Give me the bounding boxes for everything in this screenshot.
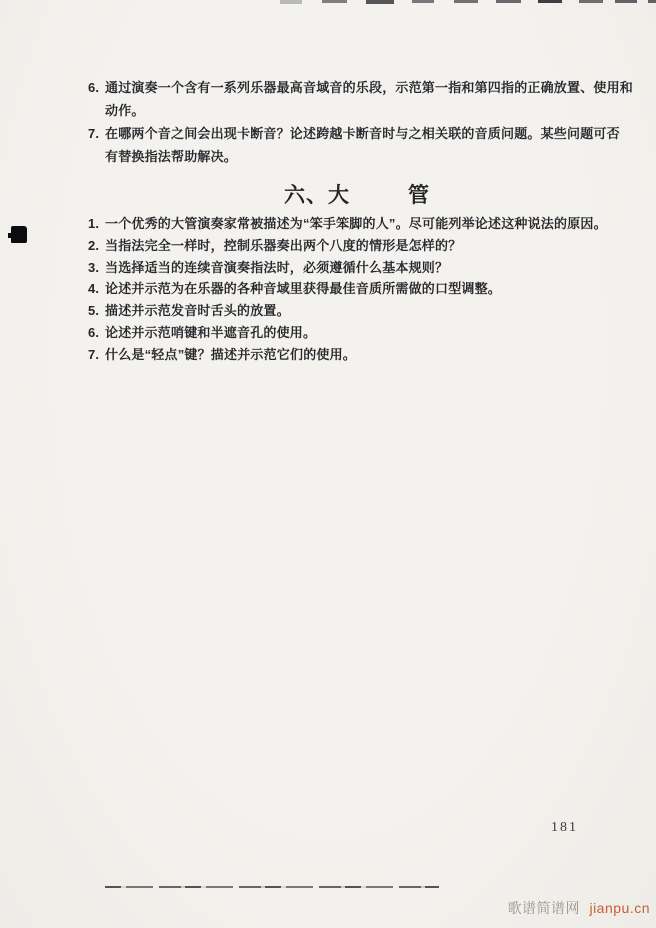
- item-number: 4.: [88, 278, 105, 300]
- list-item: 3.当选择适当的连续音演奏指法时，必须遵循什么基本规则？: [88, 257, 648, 279]
- question-number: 7.: [88, 122, 105, 145]
- item-text: 什么是“轻点”键？描述并示范它们的使用。: [105, 347, 356, 362]
- item-number: 1.: [88, 213, 105, 235]
- list-item: 7.什么是“轻点”键？描述并示范它们的使用。: [88, 344, 648, 366]
- watermark-url: jianpu.cn: [589, 900, 650, 916]
- list-item: 6.论述并示范哨键和半遮音孔的使用。: [88, 322, 648, 344]
- list-item: 5.描述并示范发音时舌头的放置。: [88, 300, 648, 322]
- scan-dash: [280, 0, 302, 4]
- scan-dash: [454, 0, 478, 3]
- question-list: 1.一个优秀的大管演奏家常被描述为“笨手笨脚的人”。尽可能列举论述这种说法的原因…: [88, 213, 648, 366]
- scan-dash: [412, 0, 434, 3]
- section-title-right: 管: [408, 179, 430, 209]
- scan-dash: [366, 0, 394, 4]
- item-text: 当选择适当的连续音演奏指法时，必须遵循什么基本规则？: [105, 260, 448, 275]
- scan-bottom-line: [105, 886, 439, 888]
- scan-dash: [496, 0, 521, 3]
- scan-dash: [615, 0, 637, 3]
- list-item: 2.当指法完全一样时，控制乐器奏出两个八度的情形是怎样的？: [88, 235, 648, 257]
- question-text: 在哪两个音之间会出现卡断音？论述跨越卡断音时与之相关联的音质问题。某些问题可否: [105, 126, 620, 141]
- watermark: 歌谱简谱网 jianpu.cn: [508, 898, 650, 918]
- ink-blot-mark: [11, 226, 27, 243]
- scan-dash: [579, 0, 603, 3]
- question-line-continuation: 有替换指法帮助解决。: [88, 145, 648, 168]
- list-item: 1.一个优秀的大管演奏家常被描述为“笨手笨脚的人”。尽可能列举论述这种说法的原因…: [88, 213, 648, 235]
- scan-dash: [538, 0, 562, 3]
- question-number: 6.: [88, 76, 105, 99]
- item-text: 论述并示范为在乐器的各种音域里获得最佳音质所需做的口型调整。: [105, 281, 501, 296]
- question-line-continuation: 动作。: [88, 99, 648, 122]
- item-text: 论述并示范哨键和半遮音孔的使用。: [105, 325, 316, 340]
- previous-section-questions: 6.通过演奏一个含有一系列乐器最高音域音的乐段，示范第一指和第四指的正确放置、使…: [88, 76, 648, 168]
- question-text: 通过演奏一个含有一系列乐器最高音域音的乐段，示范第一指和第四指的正确放置、使用和: [105, 80, 633, 95]
- list-item: 4.论述并示范为在乐器的各种音域里获得最佳音质所需做的口型调整。: [88, 278, 648, 300]
- item-number: 5.: [88, 300, 105, 322]
- scan-dash: [322, 0, 347, 3]
- watermark-site-name: 歌谱简谱网: [508, 900, 581, 916]
- section-title: 六、大 管: [284, 179, 430, 209]
- scan-dash: [648, 0, 656, 3]
- question-line: 7.在哪两个音之间会出现卡断音？论述跨越卡断音时与之相关联的音质问题。某些问题可…: [88, 122, 648, 145]
- page-number: 181: [551, 820, 578, 836]
- item-number: 6.: [88, 322, 105, 344]
- item-text: 当指法完全一样时，控制乐器奏出两个八度的情形是怎样的？: [105, 238, 461, 253]
- item-number: 3.: [88, 257, 105, 279]
- question-line: 6.通过演奏一个含有一系列乐器最高音域音的乐段，示范第一指和第四指的正确放置、使…: [88, 76, 648, 99]
- item-number: 2.: [88, 235, 105, 257]
- item-text: 一个优秀的大管演奏家常被描述为“笨手笨脚的人”。尽可能列举论述这种说法的原因。: [105, 216, 607, 231]
- section-title-left: 六、大: [284, 179, 350, 209]
- item-number: 7.: [88, 344, 105, 366]
- item-text: 描述并示范发音时舌头的放置。: [105, 303, 290, 318]
